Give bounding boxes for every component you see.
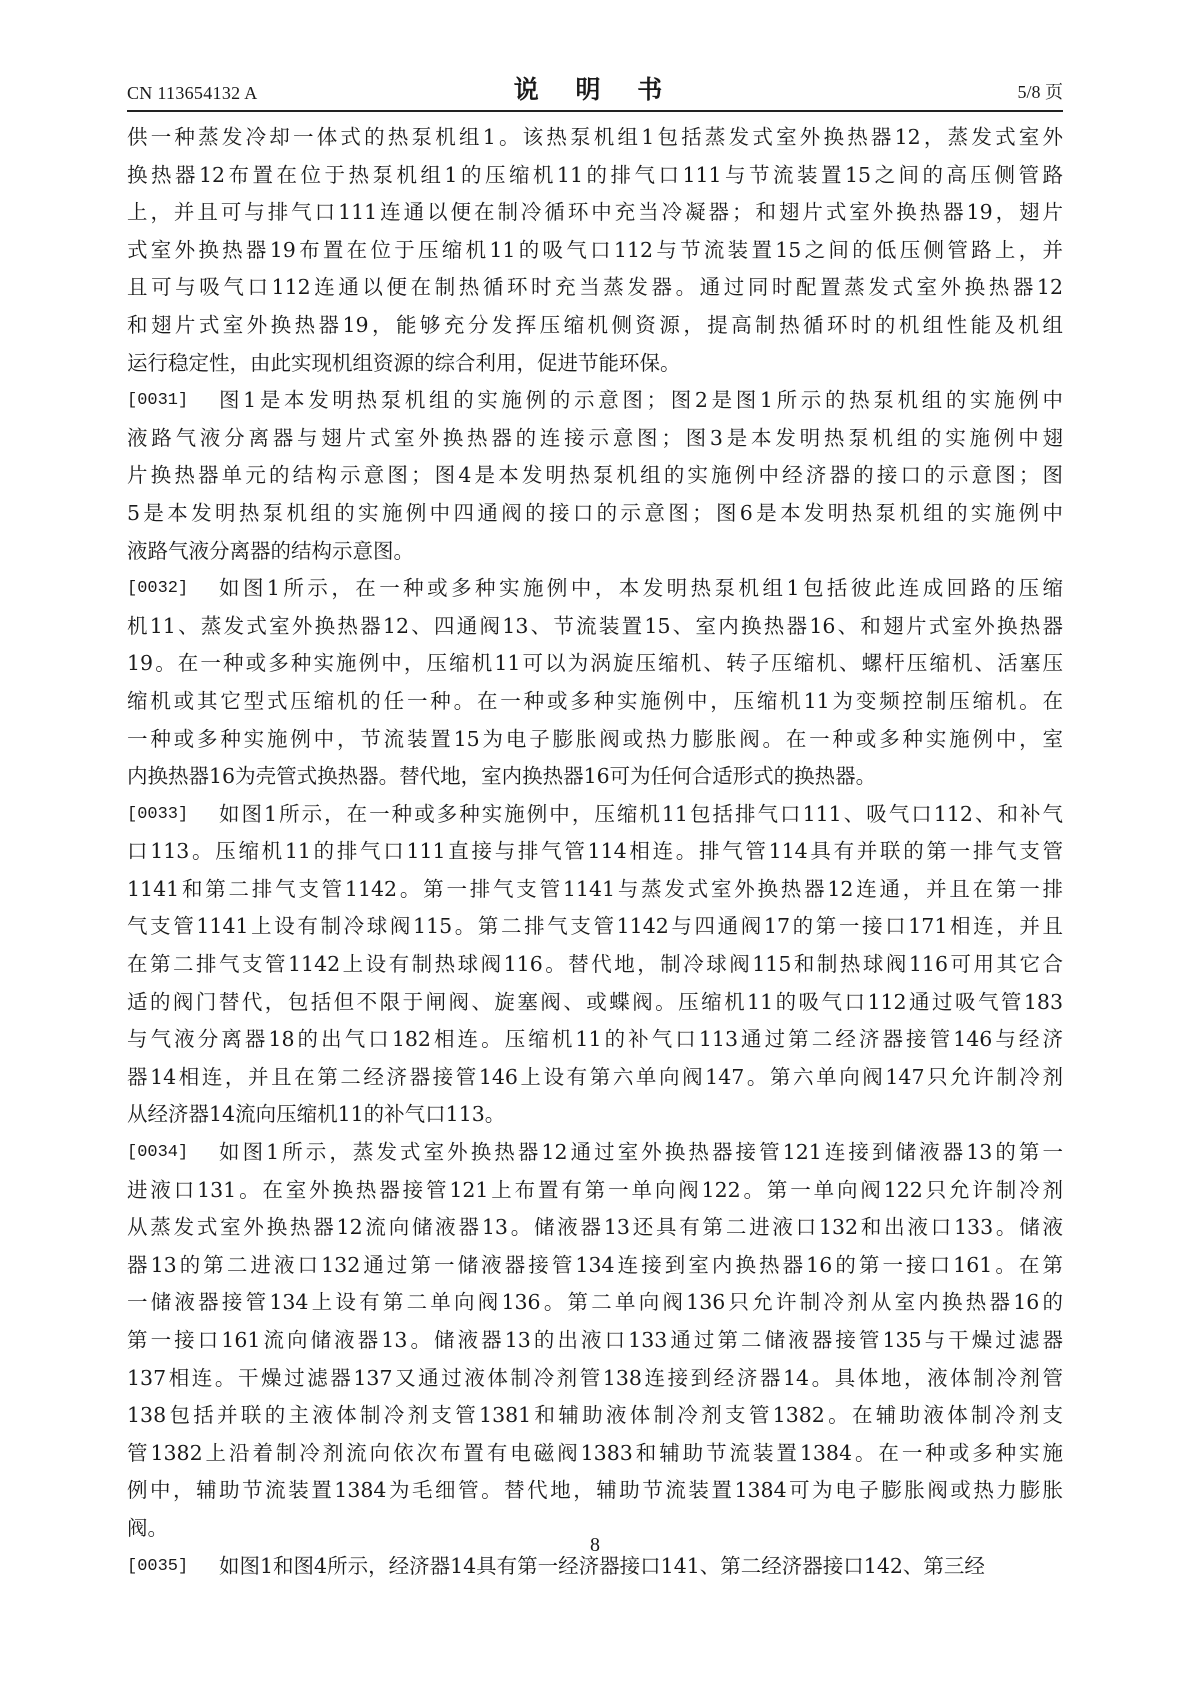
text-line: 运行稳定性，由此实现机组资源的综合利用，促进节能环保。 (127, 345, 1063, 383)
paragraph-continued: 供一种蒸发冷却一体式的热泵机组1。该热泵机组1包括蒸发式室外换热器12，蒸发式室… (127, 119, 1063, 382)
text-line: 式室外换热器19布置在位于压缩机11的吸气口112与节流装置15之间的低压侧管路… (127, 232, 1063, 270)
text-line: 液路气液分离器的结构示意图。 (127, 533, 1063, 571)
text-line: 液路气液分离器与翅片式室外换热器的连接示意图；图3是本发明热泵机组的实施例中翅 (127, 420, 1063, 458)
text-line: 一种或多种实施例中，节流装置15为电子膨胀阀或热力膨胀阀。在一种或多种实施例中，… (127, 721, 1063, 759)
text-line: 在第二排气支管1142上设有制热球阀116。替代地，制冷球阀115和制热球阀11… (127, 946, 1063, 984)
paragraph-number: [0031] (127, 382, 219, 420)
text-line: [0031]图1是本发明热泵机组的实施例的示意图；图2是图1所示的热泵机组的实施… (127, 382, 1063, 420)
text-line: 5是本发明热泵机组的实施例中四通阀的接口的示意图；图6是本发明热泵机组的实施例中 (127, 495, 1063, 533)
text-line: 器14相连，并且在第二经济器接管146上设有第六单向阀147。第六单向阀147只… (127, 1059, 1063, 1097)
document-body: 供一种蒸发冷却一体式的热泵机组1。该热泵机组1包括蒸发式室外换热器12，蒸发式室… (127, 119, 1063, 1585)
paragraph-0034: [0034]如图1所示，蒸发式室外换热器12通过室外换热器接管121连接到储液器… (127, 1134, 1063, 1548)
text-line: 从蒸发式室外换热器12流向储液器13。储液器13还具有第二进液口132和出液口1… (127, 1209, 1063, 1247)
text-line: 内换热器16为壳管式换热器。替代地，室内换热器16可为任何合适形式的换热器。 (127, 758, 1063, 796)
text-line: 上，并且可与排气口111连通以便在制冷循环中充当冷凝器；和翅片式室外换热器19，… (127, 194, 1063, 232)
paragraph-number: [0034] (127, 1134, 219, 1172)
text-line: 且可与吸气口112连通以便在制热循环时充当蒸发器。通过同时配置蒸发式室外换热器1… (127, 269, 1063, 307)
paragraph-number: [0033] (127, 796, 219, 834)
text-line: 进液口131。在室外换热器接管121上布置有第一单向阀122。第一单向阀122只… (127, 1172, 1063, 1210)
line-text: 如图1所示，蒸发式室外换热器12通过室外换热器接管121连接到储液器13的第一 (219, 1134, 1063, 1172)
text-line: 第一接口161流向储液器13。储液器13的出液口133通过第二储液器接管135与… (127, 1322, 1063, 1360)
text-line: 137相连。干燥过滤器137又通过液体制冷剂管138连接到经济器14。具体地，液… (127, 1360, 1063, 1398)
text-line: 例中，辅助节流装置1384为毛细管。替代地，辅助节流装置1384可为电子膨胀阀或… (127, 1472, 1063, 1510)
text-line: 供一种蒸发冷却一体式的热泵机组1。该热泵机组1包括蒸发式室外换热器12，蒸发式室… (127, 119, 1063, 157)
line-text: 图1是本发明热泵机组的实施例的示意图；图2是图1所示的热泵机组的实施例中 (219, 382, 1063, 420)
text-line: 器13的第二进液口132通过第一储液器接管134连接到室内换热器16的第一接口1… (127, 1247, 1063, 1285)
text-line: 管1382上沿着制冷剂流向依次布置有电磁阀1383和辅助节流装置1384。在一种… (127, 1435, 1063, 1473)
line-text: 如图1所示，在一种或多种实施例中，压缩机11包括排气口111、吸气口112、和补… (219, 796, 1063, 834)
text-line: 与气液分离器18的出气口182相连。压缩机11的补气口113通过第二经济器接管1… (127, 1021, 1063, 1059)
text-line: [0032]如图1所示，在一种或多种实施例中，本发明热泵机组1包括彼此连成回路的… (127, 570, 1063, 608)
text-line: 1141和第二排气支管1142。第一排气支管1141与蒸发式室外换热器12连通，… (127, 871, 1063, 909)
paragraph-0032: [0032]如图1所示，在一种或多种实施例中，本发明热泵机组1包括彼此连成回路的… (127, 570, 1063, 796)
text-line: 138包括并联的主液体制冷剂支管1381和辅助液体制冷剂支管1382。在辅助液体… (127, 1397, 1063, 1435)
page-header: CN 113654132 A 说 明 书 5/8 页 (127, 70, 1063, 112)
text-line: 片换热器单元的结构示意图；图4是本发明热泵机组的实施例中经济器的接口的示意图；图 (127, 457, 1063, 495)
paragraph-0033: [0033]如图1所示，在一种或多种实施例中，压缩机11包括排气口111、吸气口… (127, 796, 1063, 1134)
text-line: 一储液器接管134上设有第二单向阀136。第二单向阀136只允许制冷剂从室内换热… (127, 1284, 1063, 1322)
page-number: 8 (0, 1534, 1190, 1557)
text-line: [0033]如图1所示，在一种或多种实施例中，压缩机11包括排气口111、吸气口… (127, 796, 1063, 834)
text-line: 气支管1141上设有制冷球阀115。第二排气支管1142与四通阀17的第一接口1… (127, 908, 1063, 946)
text-line: 口113。压缩机11的排气口111直接与排气管114相连。排气管114具有并联的… (127, 833, 1063, 871)
text-line: 换热器12布置在位于热泵机组1的压缩机11的排气口111与节流装置15之间的高压… (127, 157, 1063, 195)
text-line: 从经济器14流向压缩机11的补气口113。 (127, 1096, 1063, 1134)
text-line: 缩机或其它型式压缩机的任一种。在一种或多种实施例中，压缩机11为变频控制压缩机。… (127, 683, 1063, 721)
text-line: 适的阀门替代，包括但不限于闸阀、旋塞阀、或蝶阀。压缩机11的吸气口112通过吸气… (127, 984, 1063, 1022)
document-title: 说 明 书 (127, 70, 1063, 106)
text-line: 19。在一种或多种实施例中，压缩机11可以为涡旋压缩机、转子压缩机、螺杆压缩机、… (127, 645, 1063, 683)
text-line: 和翅片式室外换热器19，能够充分发挥压缩机侧资源，提高制热循环时的机组性能及机组 (127, 307, 1063, 345)
paragraph-0031: [0031]图1是本发明热泵机组的实施例的示意图；图2是图1所示的热泵机组的实施… (127, 382, 1063, 570)
line-text: 如图1所示，在一种或多种实施例中，本发明热泵机组1包括彼此连成回路的压缩 (219, 570, 1063, 608)
page-info: 5/8 页 (1017, 78, 1063, 104)
text-line: [0034]如图1所示，蒸发式室外换热器12通过室外换热器接管121连接到储液器… (127, 1134, 1063, 1172)
paragraph-number: [0032] (127, 570, 219, 608)
text-line: 机11、蒸发式室外换热器12、四通阀13、节流装置15、室内换热器16、和翅片式… (127, 608, 1063, 646)
